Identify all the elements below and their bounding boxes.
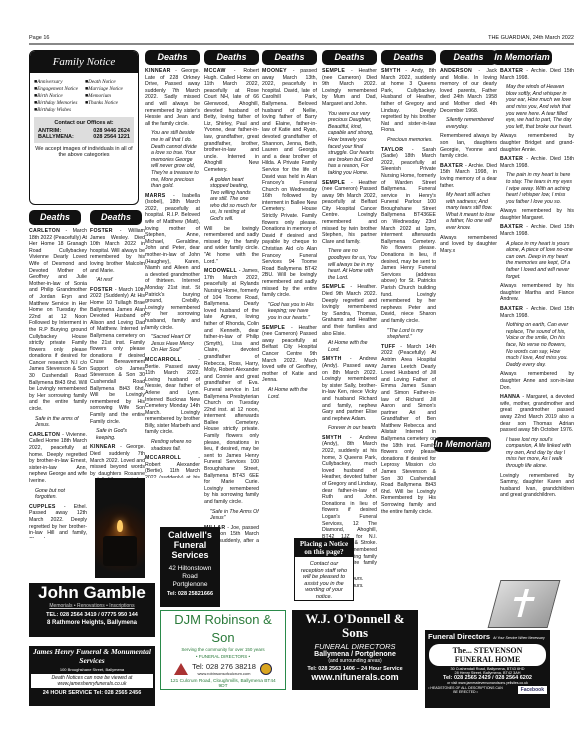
category: Death Notice: [85, 79, 134, 85]
notice: MCCAW - Robert Hugh. Called Home on 11th…: [204, 68, 259, 174]
page-header: Page 16 THE GUARDIAN, 24th March 2022: [29, 35, 574, 45]
ad-services: Memorials • Renovations • Inscriptions: [29, 603, 155, 609]
placing-notice-box: Placing a Notice on this page? Contact o…: [294, 538, 354, 601]
ad-phone[interactable]: Tel: 028 25821666: [160, 591, 220, 597]
notice: MCCARROLL - Bertie. Passed away 11th Mar…: [145, 357, 200, 436]
death-column-4: MCCAW - Robert Hugh. Called Home on 11th…: [204, 68, 259, 543]
notice: KINNEAR - George. Late of 228 Orkney Dri…: [145, 68, 200, 127]
facebook-icon[interactable]: Facebook: [518, 686, 547, 694]
ad-category: FUNERAL DIRECTORS: [292, 642, 418, 651]
notice: CARLETON - Vivienne. Called Home 18th Ma…: [29, 432, 87, 485]
category: Birth Notice: [34, 93, 83, 99]
notice: MCCARROLL - Robert Alexander (Bertie). 1…: [145, 455, 200, 478]
ad-title: W.J. O'Donnell & Sons: [292, 610, 418, 640]
ad-header: Funeral Directors: [428, 632, 490, 641]
triangle-logo-icon: [174, 663, 188, 675]
notice: BAXTER - Archie. Died 15th March 1998.: [500, 306, 574, 319]
notice: Will be lovingly remembered and sadly mi…: [204, 226, 259, 266]
candle-image: [95, 478, 145, 578]
caldwells-ad: Caldwell's Funeral Services 42 Hiltonsto…: [160, 527, 220, 607]
ad-phone[interactable]: TEL: 028 2564 3419 / 07775 950 144: [29, 612, 155, 618]
notice: BAXTER - Archie. Died 15th March 1998.: [500, 68, 574, 81]
ad-tagline: At Your Service When Necessary: [493, 636, 545, 640]
odonnell-ad: W.J. O'Donnell & Sons FUNERAL DIRECTORS …: [292, 610, 418, 690]
notice: BAXTER - Archie. Died 15th March 1998.: [500, 156, 574, 169]
death-column-5: MOONEY - passed away March 13th, 2022, p…: [262, 68, 317, 508]
category: Birthday Wishes: [34, 107, 83, 113]
ad-title: Caldwell's Funeral Services: [160, 527, 220, 563]
memoriam-heading: In Memoriam: [434, 437, 491, 452]
death-column-7: SMYTH - Andy, 8th March 2022, suddenly a…: [381, 68, 436, 598]
notice: FOSTER - William James Wesley. Died 10th…: [90, 228, 145, 274]
notice: SMYTH - Andy, 8th March 2022, suddenly a…: [381, 68, 436, 134]
candle-flame-icon: [117, 520, 123, 532]
death-column-2: FOSTER - William James Wesley. Died 10th…: [90, 228, 145, 478]
contact-title: Contact our Offices at:: [38, 120, 130, 126]
notice: Remembered always by son Ian, daughters …: [440, 133, 497, 159]
ad-notice[interactable]: Death Notices can now be viewed at www.j…: [31, 674, 153, 688]
ad-title: DJM Robinson & Son: [161, 611, 285, 647]
ad-address: 100 Broughshane Street, Ballymena: [29, 667, 155, 672]
ad-title: James Henry Funeral & Monumental Service…: [29, 646, 155, 667]
notice: BAXTER - Archie. Died 15th March 1998, i…: [440, 163, 497, 189]
category: Engagement Notice: [34, 86, 83, 92]
ad-phone[interactable]: Tel: 028 276 38218: [192, 662, 256, 671]
deaths-heading: Deaths: [381, 50, 436, 65]
ad-website[interactable]: www.robinsonsofculcrum.com: [192, 671, 256, 676]
notice: ANDERSON - Jack and Mollie. In loving me…: [440, 68, 497, 114]
death-column-8: ANDERSON - Jack and Mollie. In loving me…: [440, 68, 497, 428]
category: Marriage Notice: [85, 86, 134, 92]
ad-note: • HEADSTONES OF ALL DESCRIPTIONS CAN BE …: [428, 686, 503, 694]
deaths-heading: Deaths: [29, 210, 81, 225]
page-number: Page 16: [29, 35, 50, 43]
ad-title: The... STEVENSON FUNERAL HOME: [429, 644, 546, 666]
notice: BAXTER - Archie. Died 15th March 1998.: [500, 224, 574, 237]
notice: FOSTER - March 10th 2022 (Suddenly) At H…: [90, 287, 145, 425]
deaths-heading: Deaths: [262, 50, 317, 65]
deaths-heading: Deaths: [90, 210, 142, 225]
ad-areas: Ballymena / Portglenone: [292, 651, 418, 658]
ad-title: John Gamble: [29, 583, 155, 603]
memoriam-heading: In Memoriam: [492, 50, 552, 65]
family-notice-box: Family Notice Categories Anniversary Dea…: [29, 50, 139, 205]
ad-subtitle: (and surrounding areas): [292, 658, 418, 664]
ad-body: Contact our reception staff who will be …: [295, 557, 353, 601]
ad-address: 121 Culcrum Road, Cloughmills, Ballymena…: [161, 679, 285, 689]
djm-robinson-ad: DJM Robinson & Son Serving the community…: [160, 610, 286, 690]
memoriam-column: BAXTER - Archie. Died 15th March 1998.Ma…: [500, 68, 574, 628]
notice: MCDOWELL - James, 17th March 2022, peace…: [204, 268, 259, 505]
accept-note: We accept images of individuals in all o…: [30, 143, 138, 161]
death-column-6: SEMPLE - Heather (nee Cameron) Died 9th …: [322, 68, 377, 593]
notice: MOONEY - passed away March 13th, 2022, p…: [262, 68, 317, 299]
ad-subtitle: Serving the community for over 150 years: [161, 647, 285, 652]
notice: SMYTH - Andrew (Andy). Passed away on 8t…: [322, 356, 377, 422]
category: Birthday Memories: [34, 100, 83, 106]
notice: SEMPLE - Heather (nee Cameron) Died 9th …: [322, 68, 377, 108]
ad-category: • FUNERAL DIRECTORS •: [161, 654, 285, 659]
deaths-heading: Deaths: [145, 50, 200, 65]
stevenson-ad: Funeral DirectorsAt Your Service When Ne…: [425, 630, 550, 708]
notice: SEMPLE - Heather (nee Cameron) Passed aw…: [322, 180, 377, 246]
notice: MARRS - Isabella (Isobel), 18th March 20…: [145, 193, 200, 331]
death-column-1: CARLETON - March 18th 2022 (Peacefully) …: [29, 228, 87, 538]
office-phone: 028 2564 1221: [93, 134, 130, 140]
crest-logo-icon: [260, 663, 272, 675]
notice: KINNEAR - George. Died suddenly 7th Marc…: [90, 444, 145, 478]
deaths-heading: Deaths: [440, 50, 497, 65]
contact-box: Contact our Offices at: ANTRIM:028 9446 …: [34, 117, 134, 143]
category: Thanks Notice: [85, 100, 134, 106]
ad-website[interactable]: www.nifunerals.com: [292, 672, 418, 682]
notice: Always remembered and loved by daughter …: [440, 235, 497, 255]
notice: SEMPLE - Heather. Died 9th March 2022. D…: [322, 284, 377, 337]
ad-phone[interactable]: 24 HOUR SERVICE Tel: 028 2565 2456: [29, 690, 155, 696]
ad-title: Placing a Notice on this page?: [295, 539, 353, 557]
notice: TUFF - March 14th 2022 (Peacefully) At A…: [381, 344, 436, 515]
candle-body: [103, 536, 137, 566]
category: Memorium: [85, 93, 134, 99]
notice: SEMPLE - Heather (nee Cameron) Passed aw…: [262, 325, 317, 384]
family-box-title: Family Notice Categories: [30, 51, 138, 73]
james-henry-ad: James Henry Funeral & Monumental Service…: [29, 646, 155, 706]
deaths-heading: Deaths: [204, 50, 259, 65]
ad-address: 42 Hiltonstown Road Portglenone: [160, 563, 220, 591]
notice: CARLETON - March 18th 2022 (Peacefully) …: [29, 228, 87, 413]
death-column-3: KINNEAR - George. Late of 228 Orkney Dri…: [145, 68, 200, 478]
office-name: BALLYMENA:: [38, 134, 74, 140]
category: Anniversary: [34, 79, 83, 85]
notice: CUPPLES - Ethel. Passed away 12th March …: [29, 504, 87, 538]
john-gamble-ad: John Gamble Memorials • Renovations • In…: [29, 583, 155, 637]
deaths-heading: Deaths: [322, 50, 377, 65]
paper-date: THE GUARDIAN, 24th March 2022: [488, 35, 574, 43]
ad-address: 8 Rathmore Heights, Ballymena: [29, 620, 155, 626]
notice: TAYLOR - Sarah (Sadie) 18th March 2022, …: [381, 147, 436, 325]
notice: HANNA - Margaret, a devoted wife, mother…: [500, 394, 574, 434]
